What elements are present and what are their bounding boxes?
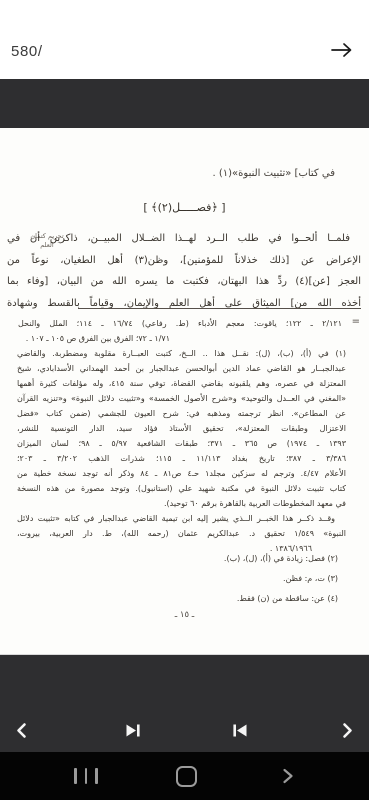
body-line: الإعراض عن [ذلك خذلاناً للمؤمنين]، وظن(٣…	[7, 250, 361, 272]
page-counter-field[interactable]: 580/	[11, 43, 43, 60]
footnote-line: «المغني في العــدل والتوحيد» و«شرح الأصو…	[17, 391, 346, 406]
footnote-continuation: ٢/١٢١ ـ ١٢٢؛ ياقوت: معجم الأدباء (ط. رفا…	[18, 316, 342, 346]
footnote-line: ١/٧١ ـ ٧٢؛ الفرق بين الفرق ص ١٠٥ ـ ١٠٧ .	[18, 331, 342, 346]
footnote-separator	[78, 308, 361, 309]
page-number: ـ ١٥ ـ	[0, 610, 369, 620]
footnote-continuation-mark: =	[352, 316, 360, 327]
reader-background-top	[0, 79, 369, 128]
body-line: فلمــا ألحــوا في طلب الــرد لهــذا الضـ…	[7, 228, 361, 250]
footnote-line: ٣/٣٨٦ ـ ٣٨٧؛ تاريخ بغداد ١١/١١٣ ـ ١١٥؛ ش…	[17, 451, 346, 466]
chevron-right-icon[interactable]	[338, 722, 356, 739]
body-line: العجز [عن](٤) ردِّ هذا البهتان، فكتبت ما…	[7, 271, 361, 293]
footnote-line: كتاب تثبيت دلائل النبوة في مكتبة شهيد عل…	[17, 481, 346, 496]
skip-next-icon[interactable]	[124, 722, 142, 739]
android-nav-bar	[0, 752, 369, 800]
app-header: 580/	[0, 0, 369, 79]
home-icon[interactable]	[167, 752, 205, 800]
chevron-left-icon[interactable]	[13, 722, 31, 739]
footnote-line: ١٣٩٣ ـ ١٩٧٤) ص ٣٦٥ ـ ٣٧١؛ طبقات الشافعية…	[17, 436, 346, 451]
footnote-line: المعتزلة في عصره، وهم يلقبونه بقاضي القض…	[17, 376, 346, 391]
footnote-3: (٣) ت، م: فظن.	[283, 574, 338, 583]
footnote-line: عن المطاعن». انظر ترجمته ومذهبه في: شرح …	[17, 406, 346, 421]
skip-previous-icon[interactable]	[231, 722, 249, 739]
section-heading: [ ﴿فصـــــل(٢)﴾ ]	[0, 201, 369, 214]
footnote-line: (١) في (أ)، (ب)، (ل): نقــل هذا .. الــخ…	[17, 346, 346, 361]
footnote-line: النبوة» ١/٥٤٩ تحقيق د. عبدالكريم عثمان (…	[17, 526, 346, 541]
footnote-2: (٢) فصل: زيادة في (أ)، (ل)، (ب).	[224, 554, 338, 563]
footnote-line: عبدالجبــار هو القاضي عماد الدين أبوالحس…	[17, 361, 346, 376]
footnote-line: الأعلام ٤/٤٧. وترجم له سزكين مجلد١ حـ٤ ص…	[17, 466, 346, 481]
footnote-line: ٢/١٢١ ـ ١٢٢؛ ياقوت: معجم الأدباء (ط. رفا…	[18, 316, 342, 331]
forward-arrow-icon[interactable]	[330, 41, 354, 59]
footnote-line: في معهد المخطوطات العربية بالقاهرة برقم …	[17, 496, 346, 511]
opening-line: في كتاب] «تثبيت النبوة»(١) .	[213, 168, 336, 179]
footnote-line: وقــد ذكــر هذا الخبــر الــذي يشير إليه…	[17, 511, 346, 526]
body-paragraph: فلمــا ألحــوا في طلب الــرد لهــذا الضـ…	[7, 228, 361, 314]
book-page-scan[interactable]: في كتاب] «تثبيت النبوة»(١) . [ ﴿فصـــــل…	[0, 128, 369, 654]
page-nav-bar	[0, 654, 369, 753]
back-icon[interactable]	[270, 752, 306, 800]
footnote-1: (١) في (أ)، (ب)، (ل): نقــل هذا .. الــخ…	[17, 346, 346, 556]
reader-app-screen: 580/ في كتاب] «تثبيت النبوة»(١) . [ ﴿فصـ…	[0, 0, 369, 800]
recents-icon[interactable]	[68, 752, 104, 800]
body-line: أخذه الله من] الميثاق على أهل العلم والإ…	[7, 293, 361, 315]
footnote-4: (٤) عن: ساقطة من (ن) فقط.	[237, 594, 338, 603]
footnote-line: الاعتزال وطبقات المعتزلة»، تحقيق الأستاذ…	[17, 421, 346, 436]
